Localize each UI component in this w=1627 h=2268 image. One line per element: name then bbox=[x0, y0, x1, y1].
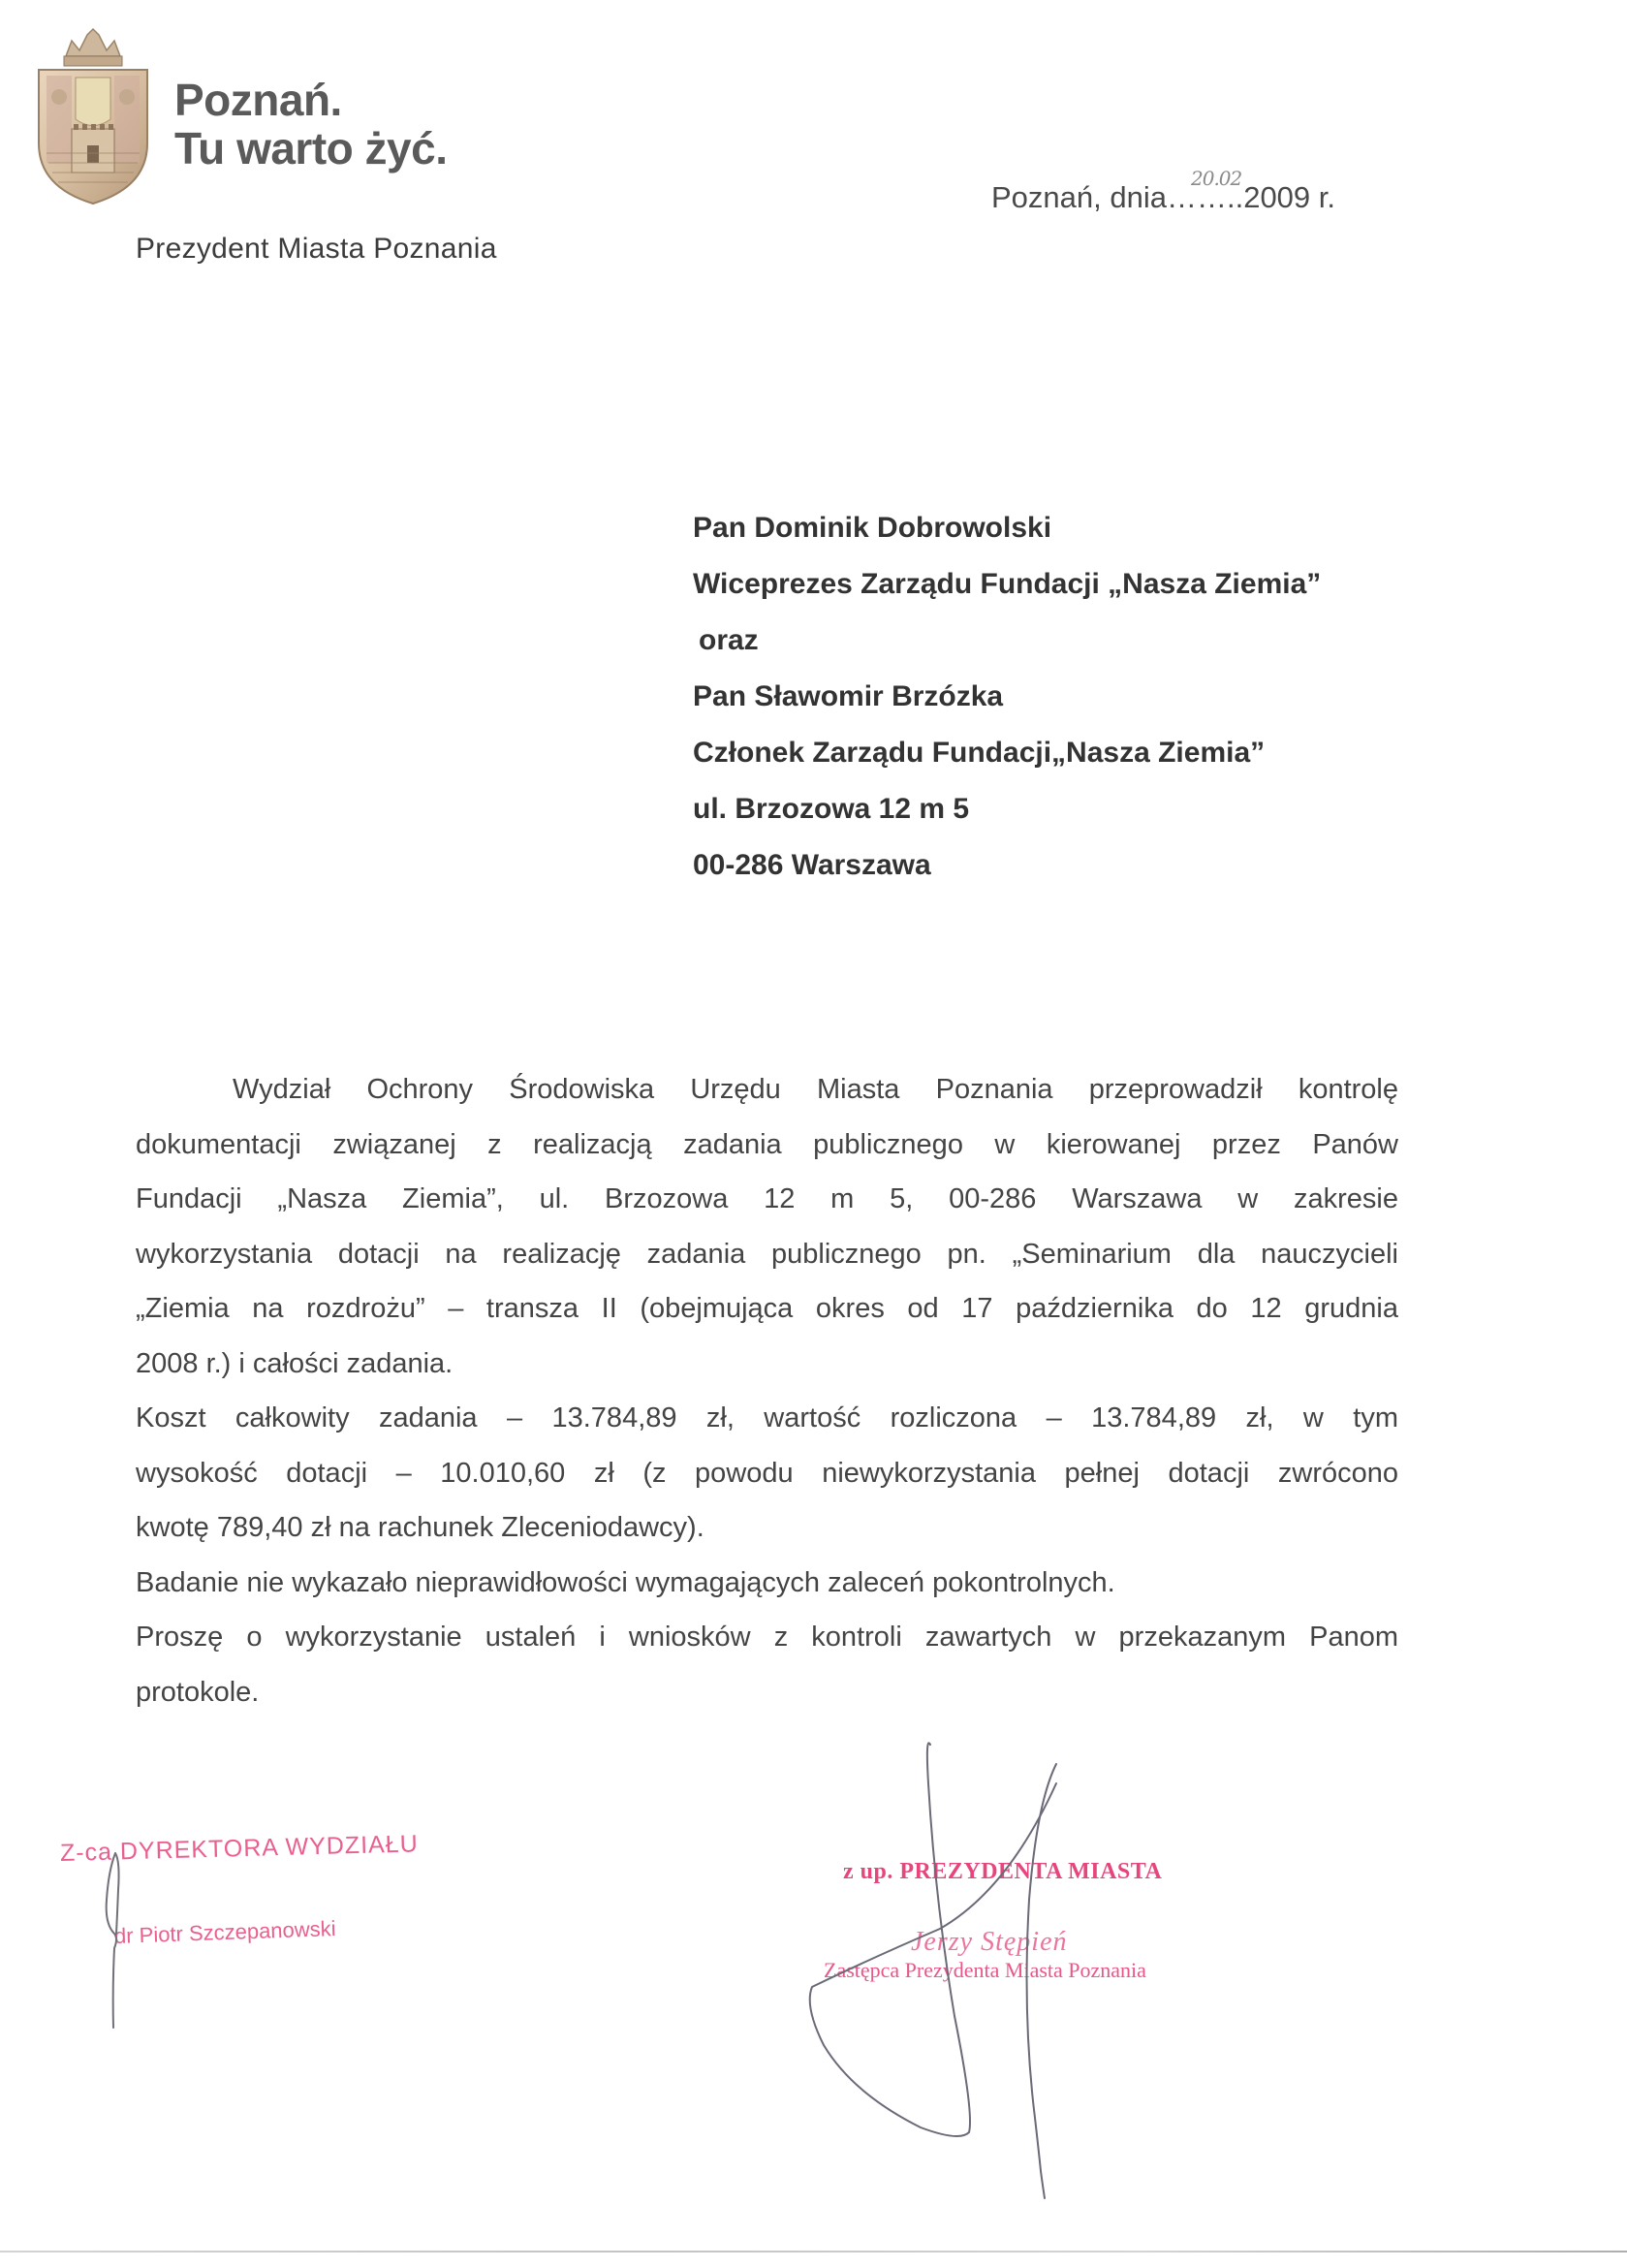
recipient-line: ul. Brzozowa 12 m 5 bbox=[693, 792, 1321, 848]
stamp-deputy-director-title: Z-ca DYREKTORA WYDZIAŁU bbox=[60, 1830, 419, 1868]
stamp-on-behalf-of-president: z up. PREZYDENTA MIASTA bbox=[843, 1859, 1162, 1885]
brand-slogan-line1: Poznań. bbox=[174, 76, 342, 124]
brand-slogan-line2: Tu warto żyć. bbox=[174, 124, 447, 173]
body-line: dokumentacji związanej z realizacją zada… bbox=[136, 1127, 1398, 1182]
recipient-line: Pan Dominik Dobrowolski bbox=[693, 511, 1321, 567]
recipient-line: Członek Zarządu Fundacji„Nasza Ziemia” bbox=[693, 736, 1321, 792]
body-line: kwotę 789,40 zł na rachunek Zleceniodawc… bbox=[136, 1510, 1398, 1565]
stamp-deputy-president-name: Jerzy Stępień bbox=[911, 1927, 1068, 1958]
handwritten-date: 20.02 bbox=[1191, 167, 1241, 190]
date-text: Poznań, dnia……..2009 r. bbox=[991, 180, 1335, 214]
recipient-line: Pan Sławomir Brzózka bbox=[693, 679, 1321, 736]
letter-body: Wydział Ochrony Środowiska Urzędu Miasta… bbox=[136, 1072, 1398, 1729]
recipient-line: Wiceprezes Zarządu Fundacji „Nasza Ziemi… bbox=[693, 567, 1321, 623]
body-line: protokole. bbox=[136, 1675, 1398, 1730]
body-line: wysokość dotacji – 10.010,60 zł (z powod… bbox=[136, 1456, 1398, 1511]
stamp-deputy-director-name: dr Piotr Szczepanowski bbox=[114, 1916, 336, 1949]
body-line: Badanie nie wykazało nieprawidłowości wy… bbox=[136, 1565, 1398, 1621]
body-line: Fundacji „Nasza Ziemia”, ul. Brzozowa 12… bbox=[136, 1181, 1398, 1237]
body-line: Koszt całkowity zadania – 13.784,89 zł, … bbox=[136, 1401, 1398, 1456]
stamp-deputy-president-role: Zastępca Prezydenta Miasta Poznania bbox=[824, 1958, 1146, 1983]
poznan-coat-of-arms-icon bbox=[29, 27, 157, 206]
body-line: Proszę o wykorzystanie ustaleń i wnioskó… bbox=[136, 1620, 1398, 1675]
recipient-address: Pan Dominik Dobrowolski Wiceprezes Zarzą… bbox=[693, 511, 1321, 904]
sender-title: Prezydent Miasta Poznania bbox=[136, 233, 497, 266]
body-line: „Ziemia na rozdrożu” – transza II (obejm… bbox=[136, 1291, 1398, 1346]
recipient-line: oraz bbox=[693, 623, 1321, 679]
body-line: Wydział Ochrony Środowiska Urzędu Miasta… bbox=[136, 1072, 1398, 1127]
letter-date: Poznań, dnia……..2009 r. 20.02 bbox=[991, 180, 1335, 215]
body-line: 2008 r.) i całości zadania. bbox=[136, 1346, 1398, 1402]
recipient-line: 00-286 Warszawa bbox=[693, 848, 1321, 904]
page-bottom-edge bbox=[0, 2251, 1627, 2252]
body-line: wykorzystania dotacji na realizację zada… bbox=[136, 1237, 1398, 1292]
